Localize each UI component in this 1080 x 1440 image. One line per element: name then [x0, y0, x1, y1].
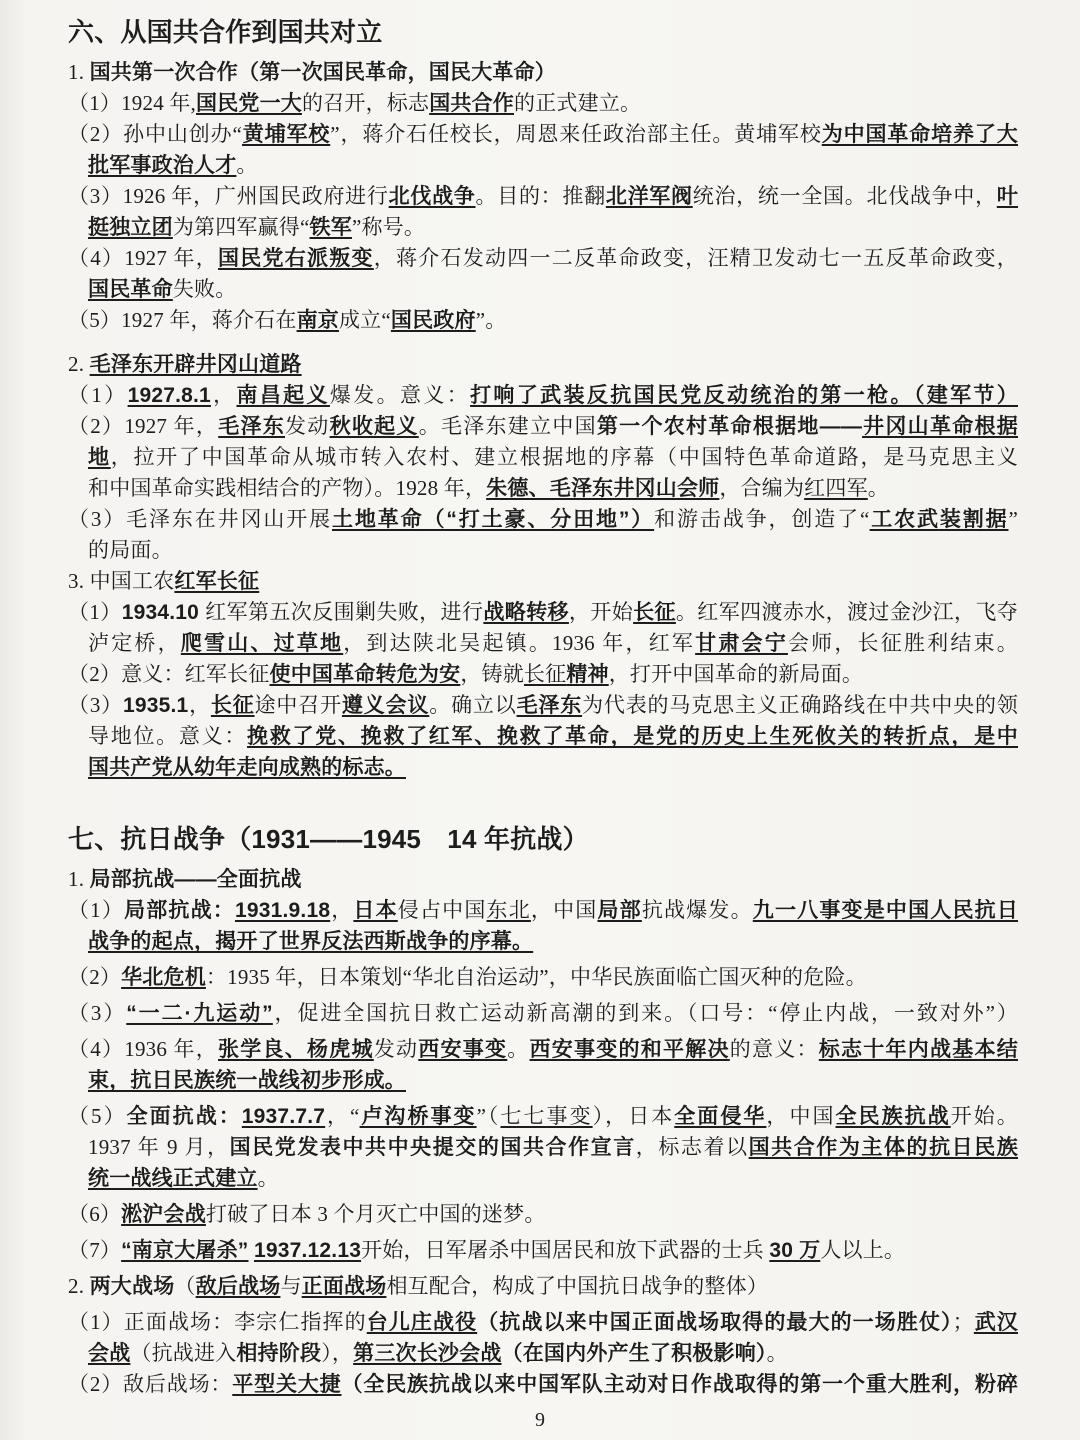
text-segment: ， — [211, 383, 237, 407]
page-number: 9 — [0, 1409, 1080, 1432]
text-segment: 1937 年 9 月， — [88, 1135, 230, 1159]
text-segment: ； — [953, 1310, 974, 1334]
text-segment: 。确立以 — [429, 693, 516, 717]
text-segment: 批军事政治人才 — [88, 154, 236, 177]
text-segment: 朱德、毛泽东井冈山会师 — [486, 477, 719, 500]
text-segment: 和中国革命实践相结合的产物）。1928 年， — [88, 476, 486, 500]
text-segment: ：1935 年，日本策划“华北自治运动”，中华民族面临亡国灭种的危险。 — [206, 965, 867, 989]
text-segment: （2）意义：红军长征 — [68, 662, 270, 686]
text-segment: （3）1926 年，广州国民政府进行 — [68, 184, 389, 208]
text-segment: 南京 — [297, 309, 339, 332]
text-segment: 爬雪山、过草地 — [181, 632, 343, 655]
text-segment: 挺独立团 — [88, 216, 173, 239]
text-segment: 黄埔军校 — [242, 123, 330, 146]
text-segment: 毛泽东 — [517, 694, 583, 717]
text-segment: ，中国 — [766, 1104, 835, 1128]
text-segment: 甘肃会宁 — [695, 632, 788, 655]
text-segment: 。 — [236, 153, 257, 177]
text-segment: ”（ — [477, 1104, 501, 1128]
text-segment: 为第四军赢得“ — [173, 215, 310, 239]
text-line: 2. 两大战场（敌后战场与正面战场相互配合，构成了中国抗日战争的整体） — [68, 1271, 1018, 1302]
text-line: （2）敌后战场：平型关大捷（全民族抗战以来中国军队主动对日作战取得的第一个重大胜… — [68, 1369, 1018, 1400]
text-segment: 发动 — [374, 1037, 419, 1061]
text-segment: 1934.10 — [122, 601, 206, 624]
text-segment: 标志十年内战基本结 — [819, 1038, 1018, 1061]
text-segment: 1927.8.1 — [128, 384, 211, 407]
text-segment: 挽救了党、挽救了红军、挽救了革命，是党的历史上生死攸关的转折点，是中 — [247, 725, 1018, 748]
text-segment: 统治，统一全国。北伐战争中， — [693, 184, 997, 208]
text-segment: 打破了日本 3 个月灭亡中国的迷梦。 — [206, 1202, 546, 1226]
text-line: （3）“一二·九运动”，促进全国抗日救亡运动新高潮的到来。（口号：“停止内战，一… — [68, 998, 1018, 1029]
text-segment: 局部抗战： — [124, 899, 235, 922]
text-segment: 秋收起义 — [330, 415, 419, 438]
text-segment: 国民党一大 — [196, 92, 302, 115]
text-segment: 3. 中国工农 — [68, 569, 174, 593]
text-line: （5）1927 年，蒋介石在南京成立“国民政府”。 — [68, 305, 1018, 336]
text-segment: 叶 — [997, 185, 1018, 208]
text-segment: 发动 — [285, 414, 330, 438]
text-segment: 张学良、杨虎城 — [218, 1038, 374, 1061]
text-segment: 井冈山革命根据 — [862, 415, 1018, 438]
text-segment: 为代表的马克思主义正确路线在中共中央的领 — [582, 693, 1018, 717]
text-segment: 侵占中国 — [398, 898, 487, 922]
text-segment: （全民族抗战以来中国军队主动对日作战取得的第一个重大胜利，粉碎 — [342, 1373, 1019, 1396]
text-segment: 开始。 — [951, 1104, 1018, 1128]
text-segment: （在国内外产生了积极影响） — [502, 1342, 767, 1365]
text-segment: 1. — [68, 867, 90, 891]
text-segment: 九一八事变是中国人民抗日 — [753, 899, 1018, 922]
text-line: 泸定桥，爬雪山、过草地，到达陕北吴起镇。1936 年，红军甘肃会宁会师，长征胜利… — [88, 628, 1018, 659]
text-segment: 30 万 — [769, 1239, 820, 1262]
text-segment: 抗战爆发。 — [642, 898, 753, 922]
text-segment: （3）毛泽东在井冈山开展 — [68, 507, 332, 531]
text-line: 会战（抗战进入相持阶段），第三次长沙会战（在国内外产生了积极影响）。 — [88, 1338, 1018, 1369]
text-line: 挺独立团为第四军赢得“铁军”称号。 — [88, 212, 1018, 243]
text-segment: ，铸就 — [460, 662, 524, 686]
text-segment: ，打开中国革命的新局面。 — [609, 662, 863, 686]
text-segment: 东北 — [487, 898, 531, 922]
text-segment: ”。 — [476, 308, 507, 332]
text-line: （4）1927 年，国民党右派叛变，蒋介石发动四一二反革命政变，汪精卫发动七一五… — [68, 243, 1018, 274]
text-segment: 国共第一次合作（第一次国民革命，国民大革命） — [90, 61, 556, 84]
text-segment: 会师，长征胜利结束。 — [788, 631, 1018, 655]
text-segment: 会战 — [88, 1342, 130, 1365]
text-segment: 打响了武装反抗国民党反动统治的第一枪。（建军节） — [470, 384, 1018, 407]
text-segment: 战争的起点，揭开了世界反法西斯战争的序幕。 — [88, 930, 533, 953]
text-line: 1. 国共第一次合作（第一次国民革命，国民大革命） — [68, 57, 1018, 88]
text-segment: 工农武装割据 — [870, 508, 1009, 531]
text-line: （2）意义：红军长征使中国革命转危为安，铸就长征精神，打开中国革命的新局面。 — [68, 659, 1018, 690]
text-segment: 失败。 — [173, 277, 237, 301]
text-segment: 与 — [280, 1274, 301, 1298]
text-line: （1）1927.8.1，南昌起义爆发。意义：打响了武装反抗国民党反动统治的第一枪… — [68, 380, 1018, 411]
text-line: （3）1935.1，长征途中召开遵义会议。确立以毛泽东为代表的马克思主义正确路线… — [68, 690, 1018, 721]
text-segment: ， — [330, 898, 353, 922]
text-line: 六、从国共合作到国共对立 — [68, 14, 1018, 50]
text-segment: 的召开，标志 — [302, 91, 429, 115]
text-line: （3）1926 年，广州国民政府进行北伐战争。目的：推翻北洋军阀统治，统一全国。… — [68, 181, 1018, 212]
text-segment: （抗战进入 — [130, 1341, 236, 1365]
text-segment: ，标志着以 — [636, 1135, 749, 1159]
text-line: （3）毛泽东在井冈山开展土地革命（“打土豪、分田地”）和游击战争，创造了“工农武… — [68, 504, 1018, 535]
text-line: （2）1927 年，毛泽东发动秋收起义。毛泽东建立中国第一个农村革命根据地——井… — [68, 411, 1018, 442]
text-segment: 六、从国共合作到国共对立 — [68, 17, 382, 47]
text-segment: （4）1936 年， — [68, 1037, 218, 1061]
text-segment: 长征 — [211, 694, 255, 717]
text-segment: （6） — [68, 1202, 121, 1226]
text-segment: 人以上。 — [820, 1238, 905, 1262]
text-segment: （1）1924 年, — [68, 91, 196, 115]
text-segment: 导地位。意义： — [88, 724, 247, 748]
text-segment: （5） — [68, 1104, 127, 1128]
text-segment: 华北危机 — [121, 966, 206, 989]
text-segment: ”，蒋介石任校长，周恩来任政治部主任。黄埔军校 — [330, 122, 822, 146]
text-segment: 战略转移 — [483, 601, 569, 624]
text-line: 1. 局部抗战——全面抗战 — [68, 864, 1018, 895]
text-line: （7）“南京大屠杀” 1937.12.13开始，日军屠杀中国居民和放下武器的士兵… — [68, 1235, 1018, 1266]
text-line: 3. 中国工农红军长征 — [68, 566, 1018, 597]
text-segment: 的意义： — [730, 1037, 819, 1061]
text-segment: 两大战场 — [90, 1275, 175, 1298]
text-segment: （1） — [68, 383, 128, 407]
text-segment: 国民党发表中共中央提交的国共合作宣言 — [230, 1136, 636, 1159]
text-segment: （7） — [68, 1238, 121, 1262]
text-segment: 全面抗战： — [127, 1105, 242, 1128]
text-segment: 2. — [68, 1274, 90, 1298]
text-line: 导地位。意义：挽救了党、挽救了红军、挽救了革命，是党的历史上生死攸关的转折点，是… — [88, 721, 1018, 752]
text-segment: ，中国 — [531, 898, 598, 922]
text-line: 批军事政治人才。 — [88, 150, 1018, 181]
text-line: （5）全面抗战：1937.7.7，“卢沟桥事变”（七七事变），日本全面侵华，中国… — [68, 1101, 1018, 1132]
text-segment: （1） — [68, 898, 124, 922]
text-segment: 毛泽东 — [218, 415, 285, 438]
text-segment: 统一战线正式建立 — [88, 1167, 258, 1190]
text-segment: 平型关大捷 — [232, 1373, 341, 1396]
text-segment: （2）孙中山创办“ — [68, 122, 242, 146]
document-page: 六、从国共合作到国共对立1. 国共第一次合作（第一次国民革命，国民大革命）（1）… — [0, 0, 1080, 1440]
text-segment: ，拉开了中国革命从城市转入农村、建立根据地的序幕（中国特色革命道路，是马克思主义 — [111, 445, 1018, 469]
text-line: （6）淞沪会战打破了日本 3 个月灭亡中国的迷梦。 — [68, 1199, 1018, 1230]
text-segment: 使中国革命转危为安 — [270, 663, 461, 686]
text-line: 地，拉开了中国革命从城市转入农村、建立根据地的序幕（中国特色革命道路，是马克思主… — [88, 442, 1018, 473]
text-segment: 武汉 — [974, 1311, 1018, 1334]
text-segment: 的局面。 — [88, 538, 173, 562]
text-segment: 七七事变 — [500, 1104, 592, 1128]
text-line: 统一战线正式建立。 — [88, 1163, 1018, 1194]
text-segment: 局部抗战——全面抗战 — [90, 868, 302, 891]
text-segment: ，开始 — [569, 600, 633, 624]
text-segment: 束，抗日民族统一战线初步形成。 — [88, 1069, 406, 1092]
text-line: 国共产党从幼年走向成熟的标志。 — [88, 752, 1018, 783]
text-segment: “南京大屠杀” — [121, 1239, 248, 1262]
text-segment: ”称号。 — [352, 215, 425, 239]
text-segment: 局部 — [597, 899, 641, 922]
text-segment: （5）1927 年，蒋介石在 — [68, 308, 297, 332]
text-segment: 铁军 — [310, 216, 352, 239]
text-segment: ，合编为 — [719, 476, 804, 500]
text-segment: 开始，日军屠杀中国居民和放下武器的士兵 — [361, 1238, 769, 1262]
text-segment: 七、抗日战争（1931——1945 14 年抗战） — [68, 824, 589, 854]
text-segment: 红军长征 — [174, 570, 259, 593]
text-segment: 长征 — [633, 601, 676, 624]
text-segment: 南昌起义 — [236, 384, 329, 407]
text-segment: （1） — [68, 600, 122, 624]
text-segment: 长征 — [524, 662, 566, 686]
text-segment: 相互配合，构成了中国抗日战争的整体） — [386, 1274, 768, 1298]
text-segment: ” — [1009, 507, 1019, 531]
text-segment: 1935.1 — [123, 694, 188, 717]
text-segment: 。 — [767, 1341, 788, 1365]
text-segment: 1931.9.18 — [235, 899, 330, 922]
text-segment: 淞沪会战 — [121, 1203, 206, 1226]
text-segment: （3） — [68, 1001, 126, 1025]
text-line: （1）1934.10 红军第五次反围剿失败，进行战略转移，开始长征。红军四渡赤水… — [68, 597, 1018, 628]
text-segment: （2）敌后战场： — [68, 1372, 232, 1396]
text-line: （4）1936 年，张学良、杨虎城发动西安事变。西安事变的和平解决的意义：标志十… — [68, 1034, 1018, 1065]
text-segment: 。 — [258, 1166, 279, 1190]
text-segment: 泸定桥， — [88, 631, 181, 655]
text-segment: 国民革命 — [88, 278, 173, 301]
text-segment: 北洋军阀 — [606, 185, 693, 208]
text-segment: 和游击战争，创造了“ — [654, 507, 869, 531]
text-segment: 。红军四渡赤水，渡过金沙江，飞夺 — [676, 600, 1018, 624]
text-segment: 地 — [88, 446, 111, 469]
text-segment: 土地革命（“打土豪、分田地”） — [332, 508, 654, 531]
text-segment: 卢沟桥事变 — [360, 1105, 477, 1128]
text-line: 束，抗日民族统一战线初步形成。 — [88, 1065, 1018, 1096]
text-segment: ，到达陕北吴起镇。1936 年，红军 — [343, 631, 695, 655]
text-segment: 国民党右派叛变 — [218, 247, 374, 270]
text-segment: 2. — [68, 352, 90, 376]
text-segment: ），日本 — [593, 1104, 675, 1128]
text-segment: 北伐战争 — [389, 185, 476, 208]
text-segment: （ — [174, 1274, 195, 1298]
text-segment: 为中国革命培养了大 — [822, 123, 1018, 146]
text-segment: 全民族抗战 — [836, 1105, 951, 1128]
text-segment: 的正式建立。 — [514, 91, 641, 115]
text-segment: 敌后战场 — [196, 1275, 281, 1298]
text-segment: 第一个农村革命根据地—— — [597, 415, 862, 438]
text-segment: 国共合作 — [429, 92, 514, 115]
text-segment: （3） — [68, 693, 123, 717]
text-segment: 台儿庄战役 — [367, 1311, 477, 1334]
text-segment: 。目的：推翻 — [476, 184, 606, 208]
text-segment: 途中召开 — [255, 693, 342, 717]
text-segment: 日本 — [353, 899, 397, 922]
text-segment: （2）1927 年， — [68, 414, 218, 438]
text-segment: 相持阶段 — [236, 1342, 321, 1365]
text-segment: 爆发。意义： — [330, 383, 470, 407]
text-segment: 1937.7.7 — [242, 1105, 325, 1128]
text-segment: 。毛泽东建立中国 — [419, 414, 597, 438]
document-body: 六、从国共合作到国共对立1. 国共第一次合作（第一次国民革命，国民大革命）（1）… — [68, 14, 1018, 1400]
text-line: 七、抗日战争（1931——1945 14 年抗战） — [68, 821, 1018, 857]
text-segment: （4）1927 年， — [68, 246, 218, 270]
text-line: （1）局部抗战：1931.9.18，日本侵占中国东北，中国局部抗战爆发。九一八事… — [68, 895, 1018, 926]
text-segment: 第三次长沙会战 — [353, 1342, 501, 1365]
text-line: 国民革命失败。 — [88, 274, 1018, 305]
text-segment: 。 — [868, 476, 889, 500]
text-segment: 毛泽东开辟井冈山道路 — [90, 353, 302, 376]
text-segment: ，“ — [325, 1104, 359, 1128]
text-line: 和中国革命实践相结合的产物）。1928 年，朱德、毛泽东井冈山会师，合编为红四军… — [88, 473, 1018, 504]
text-segment: 1. — [68, 60, 90, 84]
text-segment: 红四军 — [804, 476, 868, 500]
text-segment: 精神 — [566, 663, 608, 686]
text-segment: 西安事变的和平解决 — [530, 1038, 730, 1061]
text-line: 2. 毛泽东开辟井冈山道路 — [68, 349, 1018, 380]
text-segment: ）， — [321, 1341, 353, 1365]
text-segment: ， — [188, 693, 210, 717]
text-line: （2）华北危机：1935 年，日本策划“华北自治运动”，中华民族面临亡国灭种的危… — [68, 962, 1018, 993]
text-segment: 国民政府 — [391, 309, 476, 332]
text-segment: ，蒋介石发动四一二反革命政变，汪精卫发动七一五反革命政变， — [374, 246, 1018, 270]
text-segment: （抗战以来中国正面战场取得的最大的一场胜仗） — [477, 1311, 952, 1334]
text-segment: 1937.12.13 — [254, 1239, 361, 1262]
text-segment: 正面战场 — [302, 1275, 387, 1298]
text-segment: 成立“ — [339, 308, 391, 332]
text-line: 战争的起点，揭开了世界反法西斯战争的序幕。 — [88, 926, 1018, 957]
text-segment: 全面侵华 — [674, 1105, 766, 1128]
text-segment: 红军第五次反围剿失败，进行 — [205, 600, 483, 624]
text-segment: 国共产党从幼年走向成熟的标志。 — [88, 756, 406, 779]
text-line: （1）正面战场：李宗仁指挥的台儿庄战役（抗战以来中国正面战场取得的最大的一场胜仗… — [68, 1307, 1018, 1338]
text-segment: （1）正面战场：李宗仁指挥的 — [68, 1310, 367, 1334]
text-segment: 。 — [507, 1037, 529, 1061]
text-segment: 遵义会议 — [342, 694, 429, 717]
text-segment: 西安事变 — [418, 1038, 507, 1061]
text-line: 的局面。 — [88, 535, 1018, 566]
text-segment: （2） — [68, 965, 121, 989]
text-line: 1937 年 9 月，国民党发表中共中央提交的国共合作宣言，标志着以国共合作为主… — [88, 1132, 1018, 1163]
text-line: （1）1924 年,国民党一大的召开，标志国共合作的正式建立。 — [68, 88, 1018, 119]
text-segment: “一二·九运动” — [126, 1002, 273, 1025]
text-segment: ，促进全国抗日救亡运动新高潮的到来。（口号：“停止内战，一致对外”） — [273, 1001, 1018, 1025]
text-segment: 国共合作为主体的抗日民族 — [749, 1136, 1018, 1159]
text-line: （2）孙中山创办“黄埔军校”，蒋介石任校长，周恩来任政治部主任。黄埔军校为中国革… — [68, 119, 1018, 150]
